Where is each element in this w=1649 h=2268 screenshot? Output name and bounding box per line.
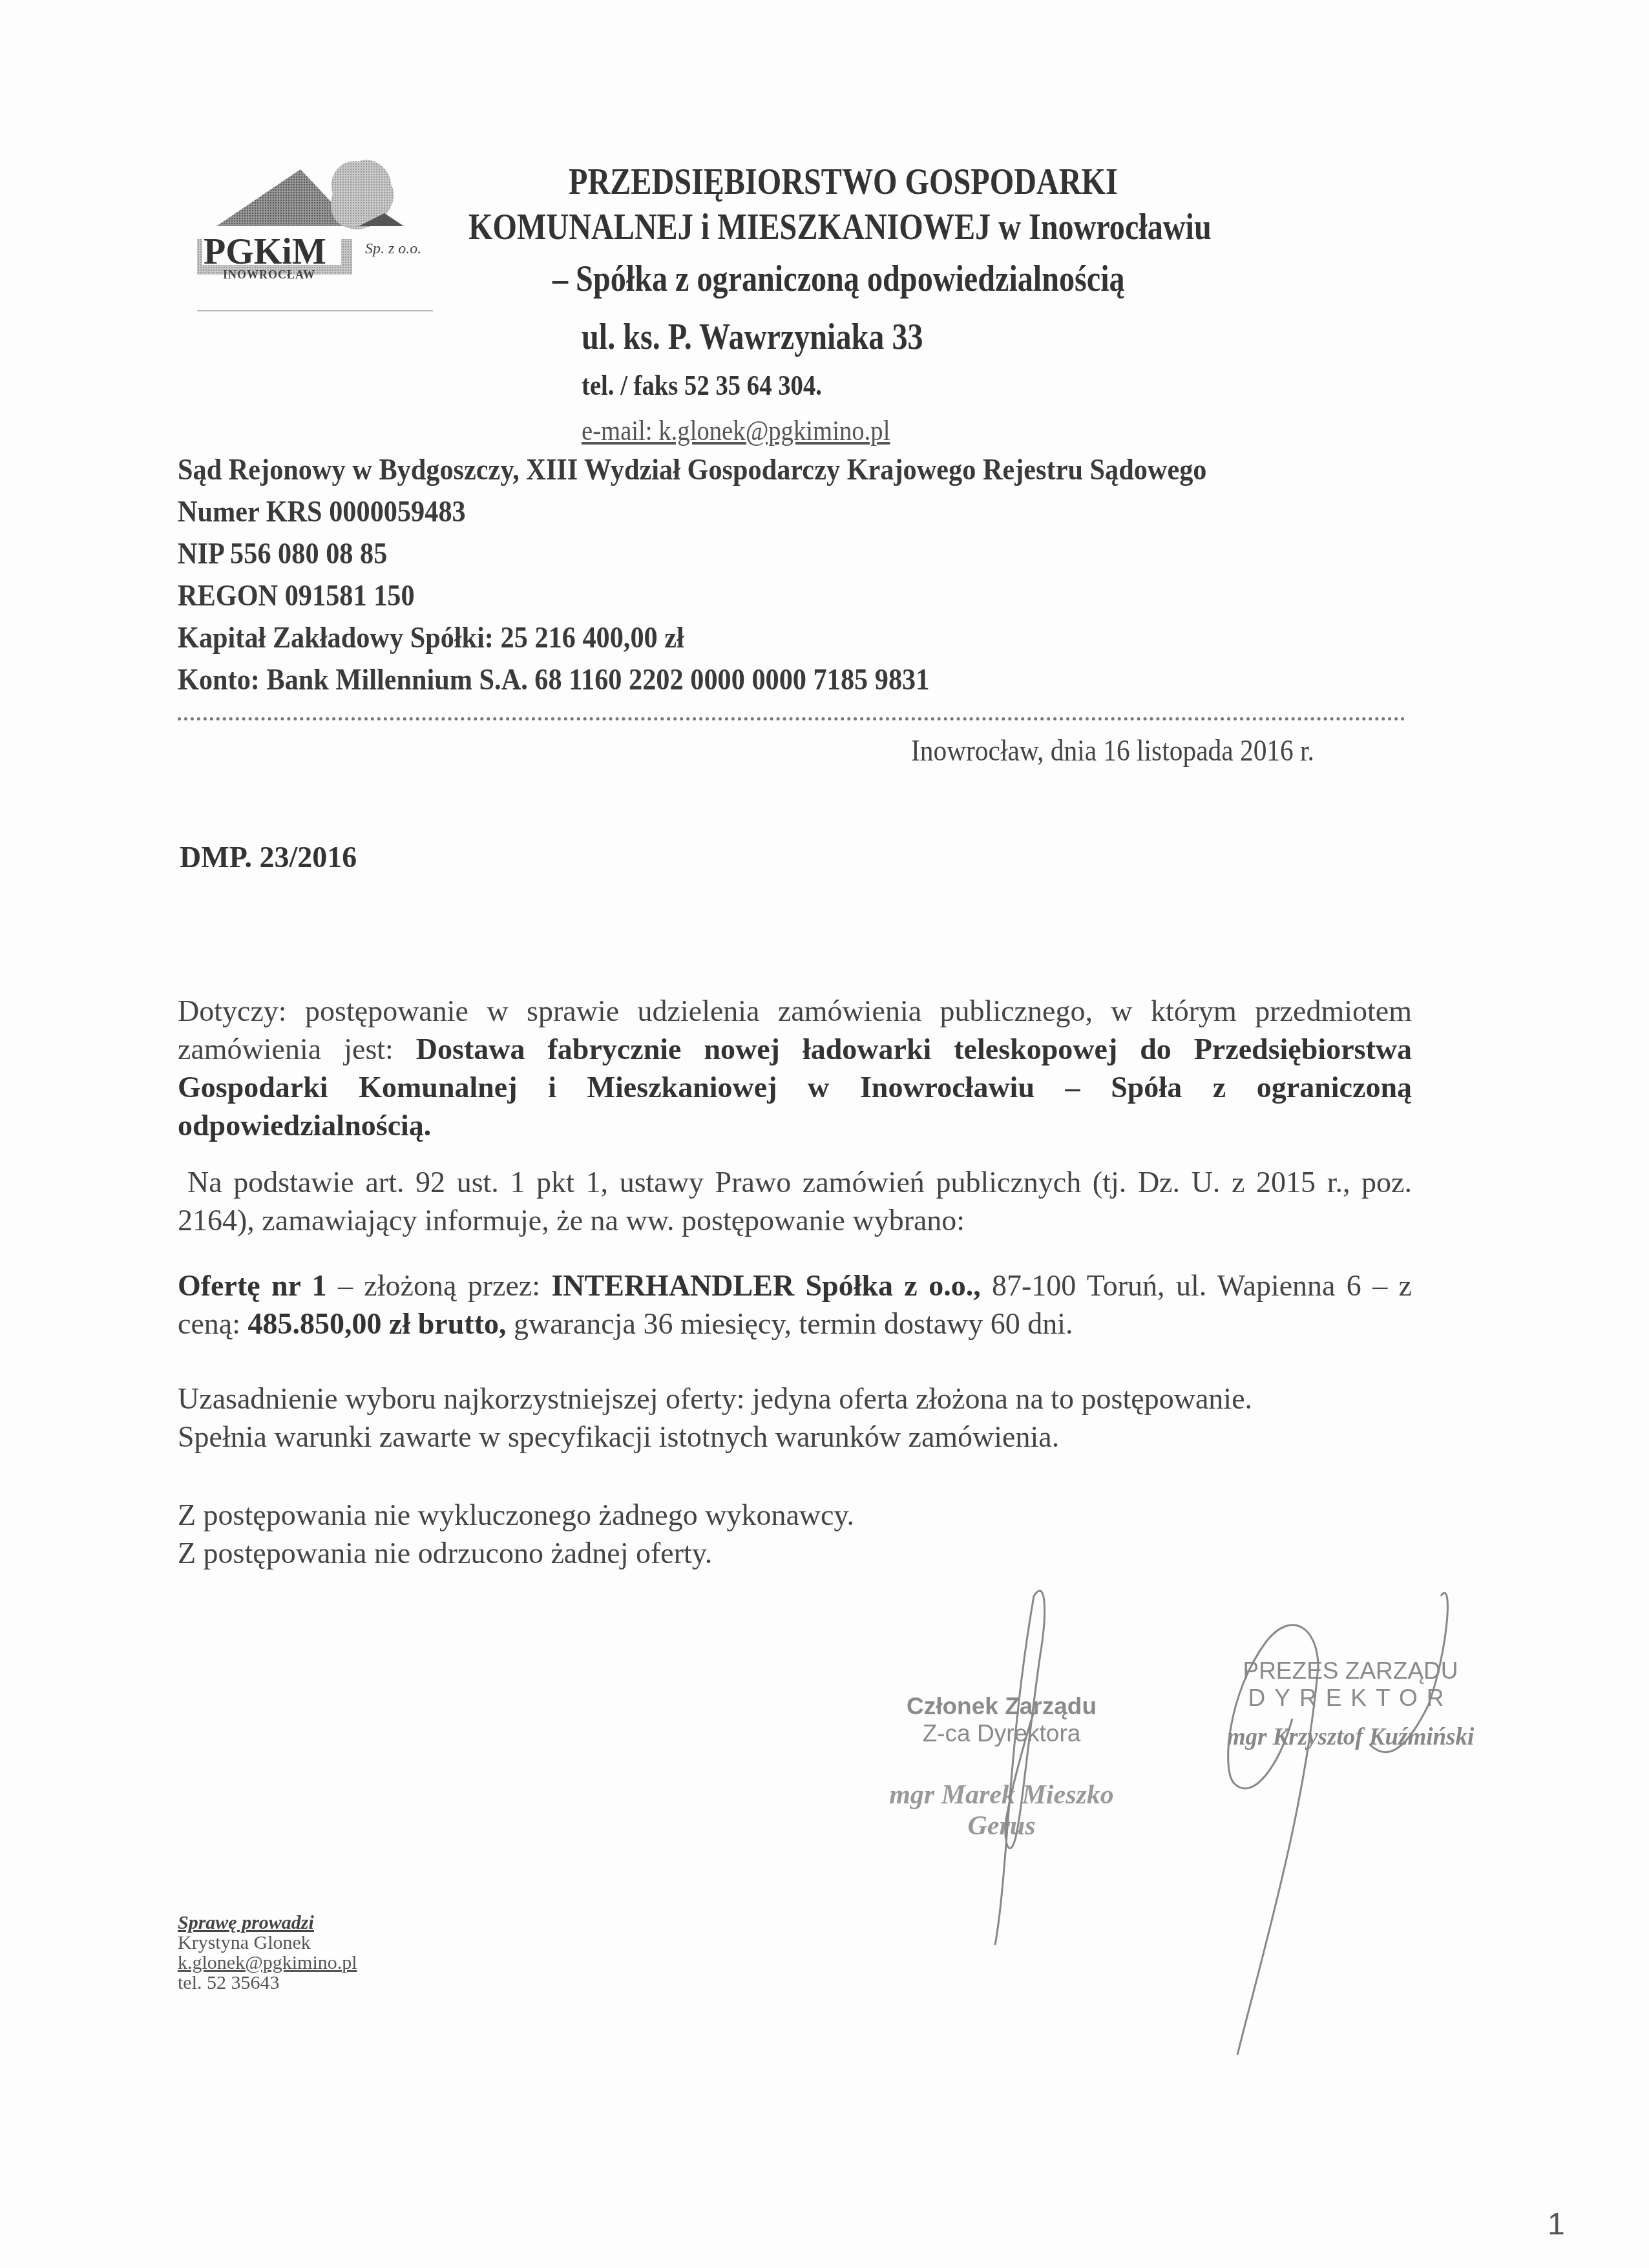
- exclusion-line-2: Z postępowania nie odrzucono żadnej ofer…: [178, 1534, 1412, 1572]
- reference-number: DMP. 23/2016: [180, 840, 357, 874]
- signature-stamp-president: PREZES ZARZĄDU DYREKTOR mgr Krzysztof Ku…: [1202, 1657, 1499, 1751]
- company-email[interactable]: e-mail: k.glonek@pgkimino.pl: [582, 414, 890, 447]
- stamp-title: PREZES ZARZĄDU: [1202, 1657, 1499, 1685]
- company-name-line-3: – Spółka z ograniczoną odpowiedzialności…: [552, 258, 1125, 300]
- krs-number: Numer KRS 0000059483: [178, 494, 466, 529]
- dotted-separator: [178, 717, 1405, 720]
- share-capital: Kapitał Zakładowy Spółki: 25 216 400,00 …: [178, 620, 684, 655]
- stamp-signatory-name: mgr Krzysztof Kuźmiński: [1202, 1723, 1499, 1751]
- case-handler-email[interactable]: k.glonek@pgkimino.pl: [178, 1953, 357, 1973]
- signature-stamp-deputy: Członek Zarządu Z-ca Dyrektora mgr Marek…: [866, 1693, 1137, 1842]
- exclusions-paragraph: Z postępowania nie wykluczonego żadnego …: [178, 1496, 1412, 1572]
- selected-offer-paragraph: Ofertę nr 1 – złożoną przez: INTERHANDLE…: [178, 1266, 1412, 1343]
- nip-number: NIP 556 080 08 85: [178, 536, 387, 571]
- company-address: ul. ks. P. Wawrzyniaka 33: [582, 317, 923, 358]
- logo-suffix: Sp. z o.o.: [365, 240, 421, 258]
- company-name-line-2: KOMUNALNEJ i MIESZKANIOWEJ w Inowrocławi…: [468, 207, 1212, 248]
- justification-line-2: Spełnia warunki zawarte w specyfikacji i…: [178, 1418, 1412, 1456]
- offer-label: Ofertę nr 1: [178, 1269, 327, 1302]
- exclusion-line-1: Z postępowania nie wykluczonego żadnego …: [178, 1496, 1412, 1534]
- case-handler-phone: tel. 52 35643: [178, 1973, 357, 1993]
- bank-account: Konto: Bank Millennium S.A. 68 1160 2202…: [178, 662, 929, 697]
- offer-price: 485.850,00 zł brutto,: [248, 1307, 507, 1340]
- company-name-line-1: PRZEDSIĘBIORSTWO GOSPODARKI: [569, 162, 1118, 203]
- logo-divider: [197, 310, 433, 311]
- stamp-subtitle: DYREKTOR: [1202, 1685, 1499, 1712]
- offer-company: INTERHANDLER Spółka z o.o.,: [551, 1269, 980, 1302]
- offer-text-1: – złożoną przez:: [327, 1269, 552, 1302]
- justification-paragraph: Uzasadnienie wyboru najkorzystniejszej o…: [178, 1380, 1412, 1456]
- legal-basis-paragraph: Na podstawie art. 92 ust. 1 pkt 1, ustaw…: [178, 1163, 1412, 1239]
- case-handler-name: Krystyna Glonek: [178, 1933, 357, 1953]
- justification-line-1: Uzasadnienie wyboru najkorzystniejszej o…: [178, 1380, 1412, 1418]
- case-handler-contact: Sprawę prowadzi Krystyna Glonek k.glonek…: [178, 1913, 357, 1993]
- company-phone: tel. / faks 52 35 64 304.: [582, 368, 822, 402]
- stamp-title: Członek Zarządu: [866, 1693, 1137, 1720]
- logo-name: PGKiM: [204, 231, 326, 273]
- page-number: 1: [1548, 2207, 1565, 2242]
- offer-text-3: gwarancja 36 miesięcy, termin dostawy 60…: [506, 1307, 1073, 1340]
- subject-paragraph: Dotyczy: postępowanie w sprawie udzielen…: [178, 992, 1412, 1144]
- regon-number: REGON 091581 150: [178, 578, 415, 613]
- court-registry: Sąd Rejonowy w Bydgoszczy, XIII Wydział …: [178, 452, 1206, 487]
- case-handler-label: Sprawę prowadzi: [178, 1913, 357, 1933]
- stamp-subtitle: Z-ca Dyrektora: [866, 1720, 1137, 1747]
- stamp-signatory-name: mgr Marek Mieszko Gerus: [866, 1780, 1137, 1842]
- logo-city: INOWROCŁAW: [223, 268, 315, 282]
- place-and-date: Inowrocław, dnia 16 listopada 2016 r.: [911, 733, 1314, 768]
